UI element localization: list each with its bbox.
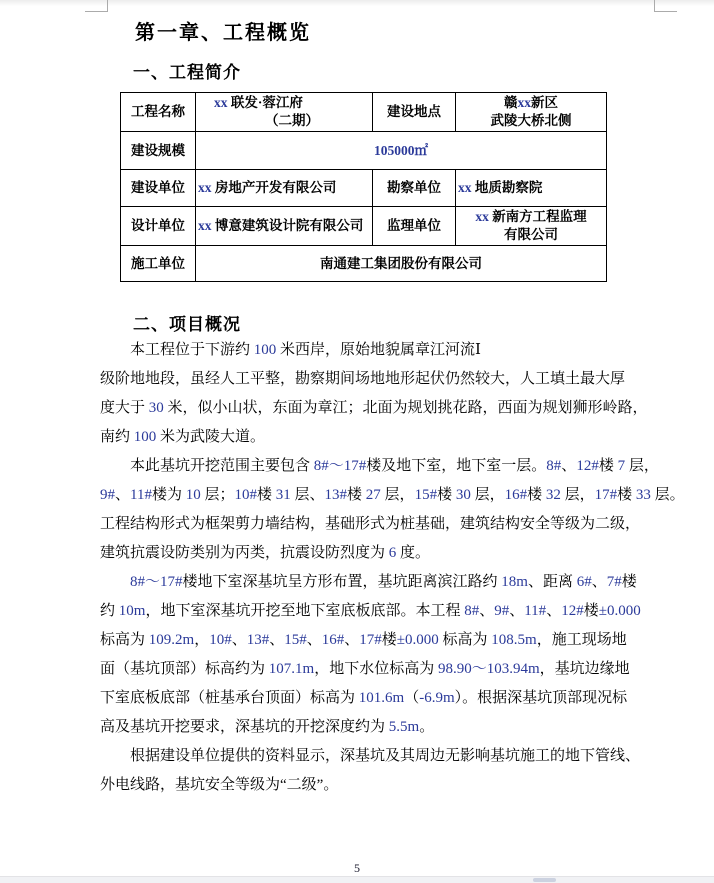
table-row: 建设规模 105000㎡ [121,132,607,170]
project-info-table: 工程名称 xx 联发·蓉江府 （二期） 建设地点 赣xx新区 武陵大桥北侧 建设… [120,92,607,282]
paragraph-2-line-4: 建筑抗震设防类别为丙类，抗震设防烈度为 6 度。 [100,539,662,568]
body-paragraphs: 本工程位于下游约 100 米西岸，原始地貌属章江河流Ⅰ级阶地地段，虽经人工平整，… [100,336,662,800]
document-page: { "document": { "chapter_title": "第一章、工程… [0,0,714,883]
table-row: 施工单位 南通建工集团股份有限公司 [121,246,607,282]
page-number: 5 [0,861,714,876]
cell-project-name-label: 工程名称 [121,93,196,132]
paragraph-4-line-1: 根据建设单位提供的资料显示，深基坑及其周边无影响基坑施工的地下管线、 [100,742,662,771]
paragraph-3-line-1: 8#～17#楼地下室深基坑呈方形布置，基坑距离滨江路约 18m、距离 6#、7#… [100,568,662,597]
horizontal-scrollbar-track[interactable] [0,876,714,883]
cell-owner-label: 建设单位 [121,170,196,207]
location-line2: 武陵大桥北侧 [458,112,604,130]
paragraph-3-line-4: 面（基坑顶部）标高约为 107.1m，地下水位标高为 98.90～103.94m… [100,655,662,684]
horizontal-scrollbar-thumb[interactable] [533,878,556,882]
cell-contractor-value: 南通建工集团股份有限公司 [196,246,607,282]
table-row: 工程名称 xx 联发·蓉江府 （二期） 建设地点 赣xx新区 武陵大桥北侧 [121,93,607,132]
cell-location-value: 赣xx新区 武陵大桥北侧 [456,93,607,132]
paragraph-2-line-2: 9#、11#楼为 10 层；10#楼 31 层、13#楼 27 层，15#楼 3… [100,481,662,510]
supervisor-line1: xx 新南方工程监理 [458,208,604,226]
cell-supervisor-value: xx 新南方工程监理 有限公司 [456,207,607,246]
cell-scale-value: 105000㎡ [196,132,607,170]
margin-crop-mark-left [85,0,108,12]
project-name-line1: xx 联发·蓉江府 [214,94,370,112]
paragraph-3-line-2: 约 10m，地下室深基坑开挖至地下室底板底部。本工程 8#、9#、11#、12#… [100,597,662,626]
paragraph-3-line-5: 下室底板底部（桩基承台顶面）标高为 101.6m（-6.9m）。根据深基坑顶部现… [100,684,662,713]
paragraph-2-line-1: 本此基坑开挖范围主要包含 8#～17#楼及地下室，地下室一层。8#、12#楼 7… [100,452,662,481]
table-row: 设计单位 xx 博意建筑设计院有限公司 监理单位 xx 新南方工程监理 有限公司 [121,207,607,246]
paragraph-2-line-3: 工程结构形式为框架剪力墙结构，基础形式为桩基础，建筑结构安全等级为二级， [100,510,662,539]
table-row: 建设单位 xx 房地产开发有限公司 勘察单位 xx 地质勘察院 [121,170,607,207]
paragraph-1-line-2: 级阶地地段，虽经人工平整，勘察期间场地地形起伏仍然较大，人工填土最大厚 [100,365,662,394]
paragraph-1-line-4: 南约 100 米为武陵大道。 [100,423,662,452]
paragraph-3-line-3: 标高为 109.2m，10#、13#、15#、16#、17#楼±0.000 标高… [100,626,662,655]
cell-designer-label: 设计单位 [121,207,196,246]
location-line1: 赣xx新区 [458,94,604,112]
cell-survey-value: xx 地质勘察院 [456,170,607,207]
section-title-project-overview: 二、项目概况 [133,310,241,335]
paragraph-1-line-3: 度大于 30 米，似小山状，东面为章江；北面为规划挑花路，西面为规划狮形岭路， [100,394,662,423]
paragraph-4-line-2: 外电线路，基坑安全等级为“二级”。 [100,771,662,800]
margin-crop-mark-right [654,0,677,12]
cell-survey-label: 勘察单位 [373,170,456,207]
cell-location-label: 建设地点 [373,93,456,132]
section-title-project-intro: 一、工程简介 [133,58,241,83]
cell-scale-label: 建设规模 [121,132,196,170]
cell-owner-value: xx 房地产开发有限公司 [196,170,373,207]
paragraph-3-line-6: 高及基坑开挖要求，深基坑的开挖深度约为 5.5m。 [100,713,662,742]
project-name-line2: （二期） [214,112,370,130]
supervisor-line2: 有限公司 [458,226,604,244]
cell-designer-value: xx 博意建筑设计院有限公司 [196,207,373,246]
cell-project-name-value: xx 联发·蓉江府 （二期） [196,93,373,132]
cell-supervisor-label: 监理单位 [373,207,456,246]
cell-contractor-label: 施工单位 [121,246,196,282]
chapter-title: 第一章、工程概览 [135,16,311,45]
paragraph-1-line-1: 本工程位于下游约 100 米西岸，原始地貌属章江河流Ⅰ [100,336,662,365]
